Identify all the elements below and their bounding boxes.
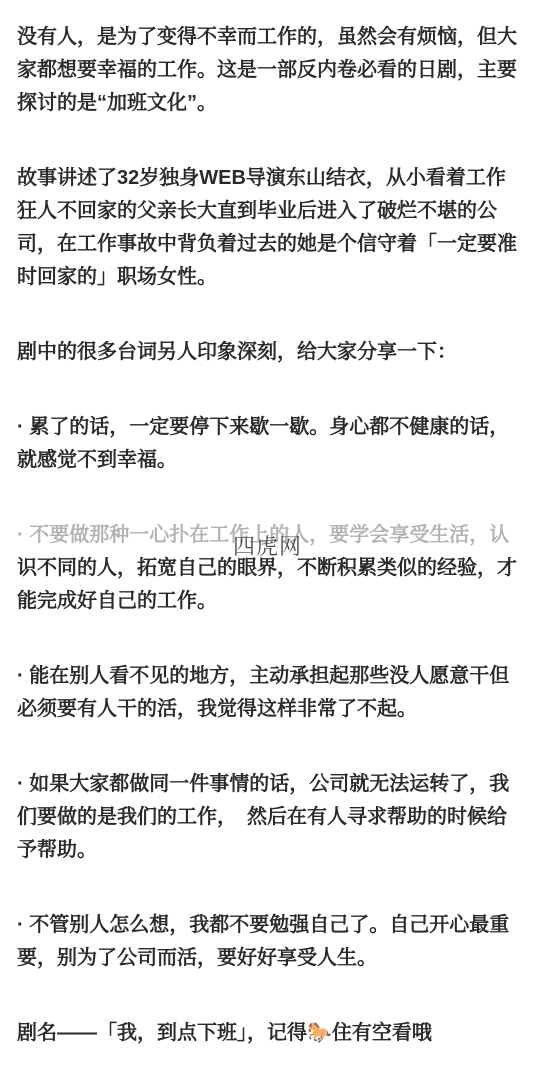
quote-2: · 不要做那种一心扑在工作上的人，要学会享受生活，认识不同的人，拓宽自己的眼界，…	[17, 519, 518, 618]
quote-2-faded-line: · 不要做那种一心扑在工作上的人，要学会享受生活，认	[17, 524, 509, 546]
paragraph-lead: 剧中的很多台词另人印象深刻，给大家分享一下：	[17, 336, 518, 369]
paragraph-outro: 剧名——「我，到点下班」，记得🐎住有空看哦	[17, 1017, 518, 1050]
quote-4: · 如果大家都做同一件事情的话，公司就无法运转了，我们要做的是我们的工作， 然后…	[17, 768, 518, 867]
outro-text-before: 剧名——「我，到点下班」，记得	[17, 1022, 307, 1044]
outro-text-after: 住有空看哦	[332, 1022, 432, 1044]
quote-5: · 不管别人怎么想，我都不要勉强自己了。自己开心最重要，别为了公司而活，要好好享…	[17, 909, 518, 975]
paragraph-intro-1: 没有人，是为了变得不幸而工作的，虽然会有烦恼，但大家都想要幸福的工作。这是一部反…	[17, 21, 518, 120]
quote-3: · 能在别人看不见的地方，主动承担起那些没人愿意干但必须要有人干的活，我觉得这样…	[17, 660, 518, 726]
paragraph-intro-2: 故事讲述了32岁独身WEB导演东山结衣，从小看着工作狂人不回家的父亲长大直到毕业…	[17, 162, 518, 294]
horse-emoji: 🐎	[307, 1022, 332, 1044]
article-page: 没有人，是为了变得不幸而工作的，虽然会有烦恼，但大家都想要幸福的工作。这是一部反…	[0, 0, 535, 1080]
quote-2-rest: 识不同的人，拓宽自己的眼界，不断积累类似的经验，才能完成好自己的工作。	[17, 557, 517, 612]
quote-1: · 累了的话，一定要停下来歇一歇。身心都不健康的话，就感觉不到幸福。	[17, 411, 518, 477]
